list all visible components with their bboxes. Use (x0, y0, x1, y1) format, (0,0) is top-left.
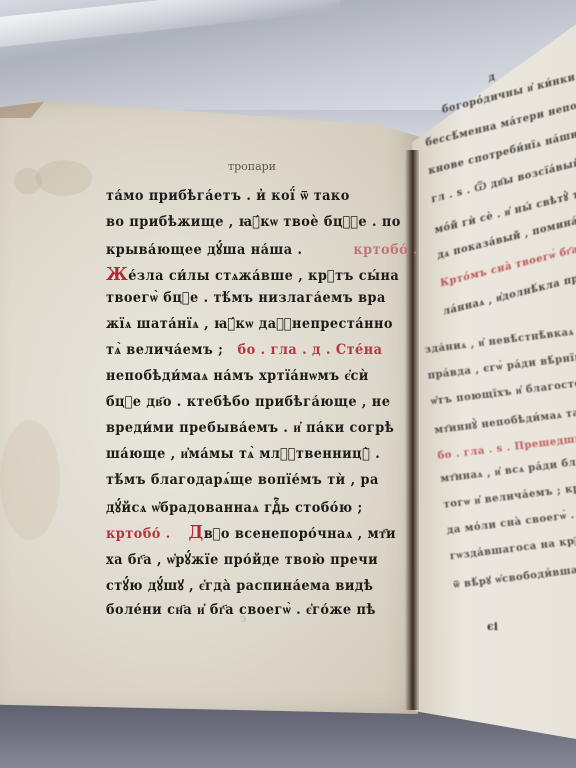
water-stain (36, 160, 92, 196)
book-gutter (405, 150, 419, 710)
text-line: та́мо прибѣга́етъ . и̓ кої́ ѿ тако (106, 188, 350, 205)
text-segment: крыва́ющее дꙋ́ша на́ша . (106, 242, 302, 258)
text-segment: вⷣо всенепоро́чнаѧ , мт҃и (204, 526, 396, 542)
text-line: стꙋ́ю дꙋ́шꙋ , є҆гда̀ распина́ема видѣ (106, 576, 373, 595)
text-line: дꙋ́йсѧ ѡ҆брадованнаѧ гдⷭ҇ь стобо́ю ; (106, 498, 363, 517)
water-stain (0, 420, 60, 540)
rubric-note: кртобо́ . (106, 526, 171, 542)
text-line: бцⷣе дв҃о . ктебѣбо прибѣга́юще , не (106, 394, 390, 411)
text-line: кртобо́ . Двⷣо всенепоро́чнаѧ , мт҃и (106, 522, 396, 543)
text-line: крыва́ющее дꙋ́ша на́ша . кртобо́ . (106, 240, 418, 259)
text-line: во прибѣжище , ꙗ҆́кѡ твоѐ бцⷭ҇е . по (106, 214, 401, 231)
rubric-note: бо . гла . д . Сте́на (238, 342, 383, 358)
text-line: жїѧ шата́нїѧ , ꙗ҆́кѡ даⷭ҇непреста́нно (106, 316, 393, 333)
text-line: вреди́ми пребыва́емъ . и҆ па́ки согрѣ (106, 420, 394, 437)
text-line: ша́юще , и҆ма́мы тѧ̀ млⷭ҇твенницꙋ̀ . (106, 446, 380, 463)
folio-number: єі (487, 620, 498, 633)
text-line: непобѣди́маѧ на́мъ хртїа́нѡмъ є҆сѝ (106, 368, 369, 385)
red-initial: Д (189, 522, 204, 543)
text-segment: тѧ̀ велича́емъ ; (106, 342, 223, 358)
text-line: д (488, 71, 496, 84)
text-line: тѧ̀ велича́емъ ; бо . гла . д . Сте́на (106, 342, 382, 359)
text-segment: е́зла си́лы стѧжа́вше , крⷮтъ сы́на (128, 268, 399, 284)
text-line: Же́зла си́лы стѧжа́вше , крⷮтъ сы́на (106, 264, 399, 285)
text-line: ха бг҃а , ѡ҆рꙋ́жїе про́йде твою̀ пречи (106, 550, 378, 569)
running-head: тропари (228, 160, 276, 173)
text-line: твоегѡ̀ бцⷣе . тѣ́мъ низлага́емъ вра (106, 290, 386, 307)
faint-folio-mark: э (240, 612, 246, 625)
rubric-note: кртобо́ . (353, 242, 418, 258)
red-initial: Ж (106, 264, 128, 285)
text-line: тѣ́мъ благодарѧ́ще вопїе́мъ тѝ , ра (106, 472, 379, 489)
